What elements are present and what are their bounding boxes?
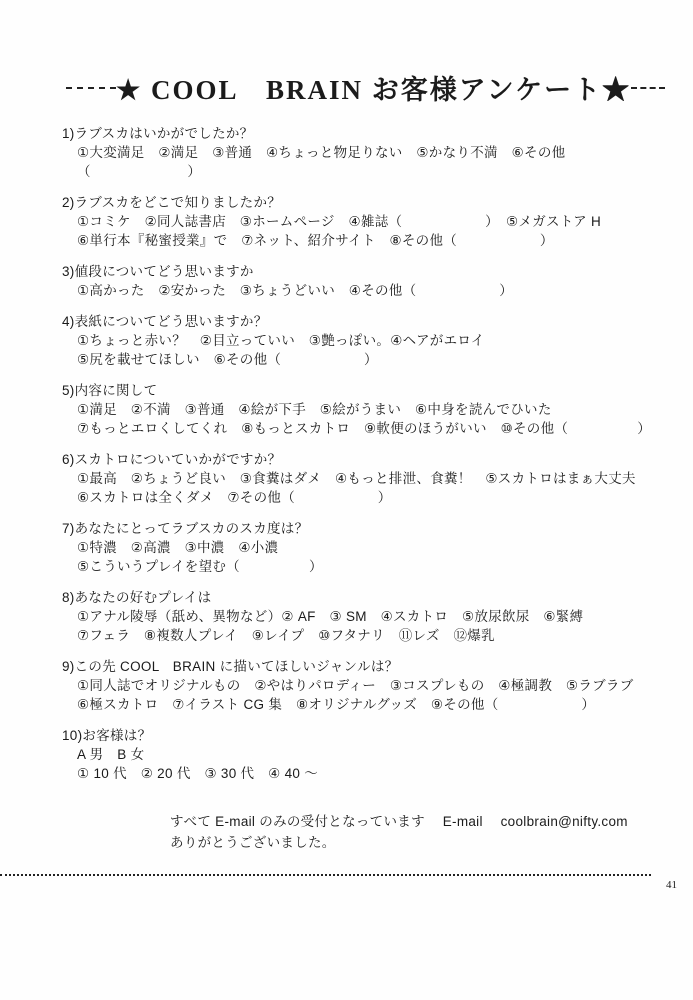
question-10: 10)お客様は？ A 男 B 女 ① 10 代 ② 20 代 ③ 30 代 ④ … <box>62 726 651 783</box>
question-3-options: ①高かった ②安かった ③ちょうどいい ④その他（ ） <box>62 281 651 300</box>
question-1: 1)ラブスカはいかがでしたか？ ①大変満足 ②満足 ③普通 ④ちょっと物足りない… <box>62 124 651 181</box>
question-10-options-1: A 男 B 女 <box>62 745 651 764</box>
scanned-survey-page: ★ COOL BRAIN お客様アンケート★ 1)ラブスカはいかがでしたか？ ①… <box>0 0 693 1000</box>
page-number: 41 <box>0 879 693 891</box>
question-7-options-2: ⑤こういうプレイを望む（ ） <box>62 557 651 576</box>
question-5-header: 5)内容に関して <box>62 381 651 400</box>
question-2-options-2: ⑥単行本『秘蜜授業』で ⑦ネット、紹介サイト ⑧その他（ ） <box>62 231 651 250</box>
question-10-options-2: ① 10 代 ② 20 代 ③ 30 代 ④ 40 ～ <box>62 764 651 783</box>
bottom-dashed-rule <box>0 874 651 876</box>
question-8: 8)あなたの好むプレイは ①アナル陵辱（舐め、異物など）② AF ③ SM ④ス… <box>62 588 651 645</box>
question-6-options-2: ⑥スカトロは全くダメ ⑦その他（ ） <box>62 488 651 507</box>
question-2: 2)ラブスカをどこで知りましたか？ ①コミケ ②同人誌書店 ③ホームページ ④雑… <box>62 193 651 250</box>
question-9-options-2: ⑥極スカトロ ⑦イラスト CG 集 ⑧オリジナルグッズ ⑨その他（ ） <box>62 695 651 714</box>
dash-rule-left <box>66 87 116 89</box>
dash-rule-right <box>631 87 665 89</box>
question-4-header: 4)表紙についてどう思いますか？ <box>62 312 651 331</box>
question-4-options-1: ①ちょっと赤い？ ②目立っていい ③艶っぽい。④ヘアがエロイ <box>62 331 651 350</box>
question-8-header: 8)あなたの好むプレイは <box>62 588 651 607</box>
question-8-options-2: ⑦フェラ ⑧複数人プレイ ⑨レイプ ⑩フタナリ ⑪レズ ⑫爆乳 <box>62 626 651 645</box>
question-2-header: 2)ラブスカをどこで知りましたか？ <box>62 193 651 212</box>
question-8-options-1: ①アナル陵辱（舐め、異物など）② AF ③ SM ④スカトロ ⑤放尿飲尿 ⑥緊縛 <box>62 607 651 626</box>
question-6: 6)スカトロについていかがですか？ ①最高 ②ちょうど良い ③食糞はダメ ④もっ… <box>62 450 651 507</box>
footer-email-note: すべて E-mail のみの受付となっています E-mail coolbrain… <box>170 811 651 832</box>
question-6-header: 6)スカトロについていかがですか？ <box>62 450 651 469</box>
page-content: ★ COOL BRAIN お客様アンケート★ 1)ラブスカはいかがでしたか？ ①… <box>0 0 693 853</box>
question-1-header: 1)ラブスカはいかがでしたか？ <box>62 124 651 143</box>
question-7: 7)あなたにとってラブスカのスカ度は？ ①特濃 ②高濃 ③中濃 ④小濃 ⑤こうい… <box>62 519 651 576</box>
question-6-options-1: ①最高 ②ちょうど良い ③食糞はダメ ④もっと排泄、食糞！ ⑤スカトロはまぁ大丈… <box>62 469 651 488</box>
question-9-header: 9)この先 COOL BRAIN に描いてほしいジャンルは？ <box>62 657 651 676</box>
question-4: 4)表紙についてどう思いますか？ ①ちょっと赤い？ ②目立っていい ③艶っぽい。… <box>62 312 651 369</box>
question-9: 9)この先 COOL BRAIN に描いてほしいジャンルは？ ①同人誌でオリジナ… <box>62 657 651 714</box>
question-3: 3)値段についてどう思いますか ①高かった ②安かった ③ちょうどいい ④その他… <box>62 262 651 300</box>
question-7-options-1: ①特濃 ②高濃 ③中濃 ④小濃 <box>62 538 651 557</box>
question-4-options-2: ⑤尻を載せてほしい ⑥その他（ ） <box>62 350 651 369</box>
question-10-header: 10)お客様は？ <box>62 726 651 745</box>
question-5: 5)内容に関して ①満足 ②不満 ③普通 ④絵が下手 ⑤絵がうまい ⑥中身を読ん… <box>62 381 651 438</box>
question-5-options-2: ⑦もっとエロくしてくれ ⑧もっとスカトロ ⑨軟便のほうがいい ⑩その他（ ） <box>62 419 651 438</box>
question-1-options: ①大変満足 ②満足 ③普通 ④ちょっと物足りない ⑤かなり不満 ⑥その他（ ） <box>62 143 651 181</box>
page-title: ★ COOL BRAIN お客様アンケート★ <box>116 68 631 107</box>
question-9-options-1: ①同人誌でオリジナルもの ②やはりパロディー ③コスプレもの ④極調教 ⑤ラブラ… <box>62 676 651 695</box>
question-5-options-1: ①満足 ②不満 ③普通 ④絵が下手 ⑤絵がうまい ⑥中身を読んでひいた <box>62 400 651 419</box>
question-7-header: 7)あなたにとってラブスカのスカ度は？ <box>62 519 651 538</box>
title-row: ★ COOL BRAIN お客様アンケート★ <box>62 68 651 107</box>
footer-note: すべて E-mail のみの受付となっています E-mail coolbrain… <box>170 811 651 853</box>
footer-thanks-note: ありがとうございました。 <box>170 832 651 853</box>
question-2-options-1: ①コミケ ②同人誌書店 ③ホームページ ④雑誌（ ） ⑤メガストア H <box>62 212 651 231</box>
question-3-header: 3)値段についてどう思いますか <box>62 262 651 281</box>
